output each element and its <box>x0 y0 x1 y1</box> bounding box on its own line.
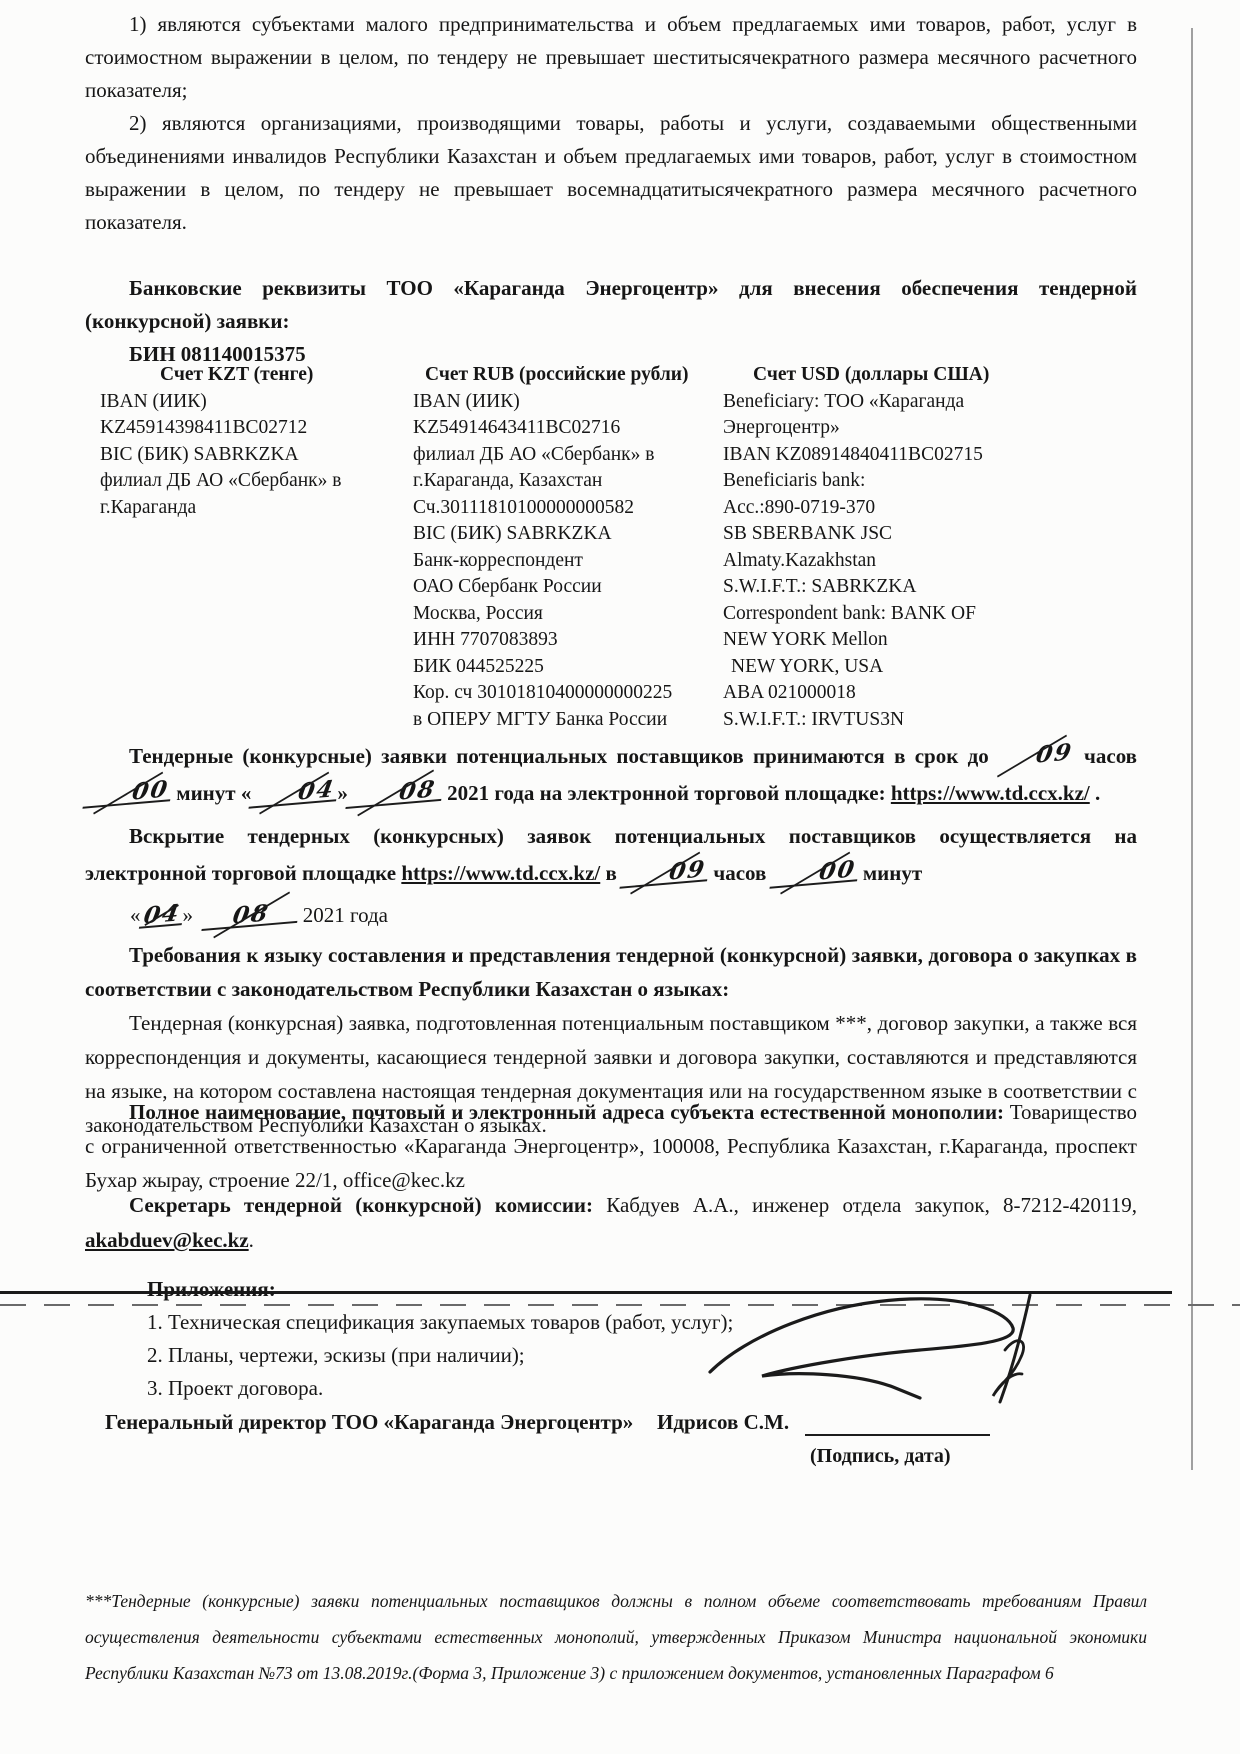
opening-text: в <box>600 861 622 885</box>
language-lead-text: Требования к языку составления и предста… <box>85 943 1137 1001</box>
handwritten-hours: 09 <box>986 742 1077 769</box>
account-title-kzt: Счет KZT (тенге) <box>100 362 400 389</box>
secretary-paragraph: Секретарь тендерной (конкурсной) комисси… <box>85 1188 1137 1258</box>
account-line: KZ45914398411BC02712 <box>100 415 400 442</box>
account-line: Кор. сч 30101810400000000225 <box>413 680 733 707</box>
account-line: Сч.30111810100000000582 <box>413 495 733 522</box>
bank-requisites-section: Банковские реквизиты ТОО «Караганда Энер… <box>85 272 1137 371</box>
deadline-text: Тендерные (конкурсные) заявки потенциаль… <box>129 744 989 768</box>
account-line: S.W.I.F.T.: SABRKZKA <box>723 574 1103 601</box>
account-line: NEW YORK Mellon <box>723 627 1103 654</box>
handwritten-minutes: 00 <box>82 779 173 808</box>
account-line: Beneficiaris bank: <box>723 468 1103 495</box>
account-line: Москва, Россия <box>413 601 733 628</box>
secretary-section: Секретарь тендерной (конкурсной) комисси… <box>85 1188 1137 1258</box>
handwritten-month: 08 <box>345 779 444 809</box>
secretary-email: akabduev@kec.kz <box>85 1228 249 1252</box>
intro-paragraph-2: 2) являются организациями, производящими… <box>85 107 1137 239</box>
account-line: Банк-корреспондент <box>413 548 733 575</box>
account-column-kzt: Счет KZT (тенге) IBAN (ИИК) KZ4591439841… <box>100 362 400 521</box>
monopoly-paragraph: Полное наименование, почтовый и электрон… <box>85 1095 1137 1197</box>
signature-caption: (Подпись, дата) <box>810 1445 951 1468</box>
opening-text: часов <box>708 861 771 885</box>
account-title-rub: Счет RUB (российские рубли) <box>413 362 733 389</box>
trading-platform-url: https://www.td.ccx.kz/ <box>401 861 600 885</box>
account-line: ОАО Сбербанк России <box>413 574 733 601</box>
secretary-lead: Секретарь тендерной (конкурсной) комисси… <box>129 1193 593 1217</box>
account-line: БИК 044525225 <box>413 654 733 681</box>
secretary-tail: . <box>249 1228 254 1252</box>
director-name: Идрисов С.М. <box>657 1410 789 1435</box>
opening-text: минут <box>858 861 923 885</box>
account-line: BIC (БИК) SABRKZKA <box>413 521 733 548</box>
account-line: г.Караганда <box>100 495 400 522</box>
monopoly-lead: Полное наименование, почтовый и электрон… <box>129 1100 1004 1124</box>
opening-paragraph: Вскрытие тендерных (конкурсных) заявок п… <box>85 818 1137 892</box>
language-lead: Требования к языку составления и предста… <box>85 938 1137 1006</box>
footnote: ***Тендерные (конкурсные) заявки потенци… <box>85 1583 1147 1691</box>
account-line: Beneficiary: ТОО «Караганда <box>723 389 1103 416</box>
intro-paragraph-1: 1) являются субъектами малого предприним… <box>85 8 1137 107</box>
account-line: филиал ДБ АО «Сбербанк» в <box>413 442 733 469</box>
account-column-rub: Счет RUB (российские рубли) IBAN (ИИК) K… <box>413 362 733 733</box>
account-line: в ОПЕРУ МГТУ Банка России <box>413 707 733 734</box>
handwritten-month: 08 <box>201 901 300 931</box>
account-title-usd: Счет USD (доллары США) <box>723 362 1103 389</box>
deadline-text: . <box>1090 781 1101 805</box>
handwritten-minutes: 00 <box>769 859 860 888</box>
deadline-text: минут « <box>171 781 251 805</box>
handwritten-hours: 09 <box>620 859 711 888</box>
account-line: SB SBERBANK JSC <box>723 521 1103 548</box>
deadline-text: часов <box>1075 744 1137 768</box>
account-line: Almaty.Kazakhstan <box>723 548 1103 575</box>
account-column-usd: Счет USD (доллары США) Beneficiary: ТОО … <box>723 362 1103 733</box>
date-year: 2021 года <box>298 903 389 927</box>
deadline-paragraph: Тендерные (конкурсные) заявки потенциаль… <box>85 738 1137 812</box>
account-line: ABA 021000018 <box>723 680 1103 707</box>
account-line: Энергоцентр» <box>723 415 1103 442</box>
account-line: IBAN (ИИК) <box>413 389 733 416</box>
monopoly-info-section: Полное наименование, почтовый и электрон… <box>85 1095 1137 1197</box>
account-line: IBAN KZ08914840411BC02715 <box>723 442 1103 469</box>
account-line: S.W.I.F.T.: IRVTUS3N <box>723 707 1103 734</box>
scan-artifact-vertical-line <box>1191 28 1193 1470</box>
opening-section: Вскрытие тендерных (конкурсных) заявок п… <box>85 818 1137 892</box>
account-line: филиал ДБ АО «Сбербанк» в <box>100 468 400 495</box>
account-line: Acc.:890-0719-370 <box>723 495 1103 522</box>
signature-scribble <box>700 1292 1080 1410</box>
deadline-text: 2021 года на электронной торговой площад… <box>442 781 891 805</box>
opening-date-line: «04» 08 2021 года <box>130 903 388 928</box>
handwritten-day: 04 <box>249 779 340 808</box>
intro-section: 1) являются субъектами малого предприним… <box>85 8 1137 239</box>
trading-platform-url: https://www.td.ccx.kz/ <box>891 781 1090 805</box>
account-line: NEW YORK, USA <box>723 654 1103 681</box>
handwritten-day: 04 <box>138 903 184 929</box>
account-line: г.Караганда, Казахстан <box>413 468 733 495</box>
scanned-tender-document-page: 1) являются субъектами малого предприним… <box>0 0 1240 1754</box>
account-line: Correspondent bank: BANK OF <box>723 601 1103 628</box>
account-line: ИНН 7707083893 <box>413 627 733 654</box>
secretary-body: Кабдуев А.А., инженер отдела закупок, 8-… <box>593 1193 1137 1217</box>
bank-requisites-heading: Банковские реквизиты ТОО «Караганда Энер… <box>85 272 1137 338</box>
deadline-section: Тендерные (конкурсные) заявки потенциаль… <box>85 738 1137 812</box>
account-line: IBAN (ИИК) <box>100 389 400 416</box>
director-title: Генеральный директор ТОО «Караганда Энер… <box>105 1410 633 1434</box>
signature-blank-line <box>805 1410 990 1436</box>
attachments-title: Приложения: <box>147 1277 276 1302</box>
signing-row: Генеральный директор ТОО «Караганда Энер… <box>105 1410 1165 1435</box>
account-line: KZ54914643411BC02716 <box>413 415 733 442</box>
account-line: BIC (БИК) SABRKZKA <box>100 442 400 469</box>
